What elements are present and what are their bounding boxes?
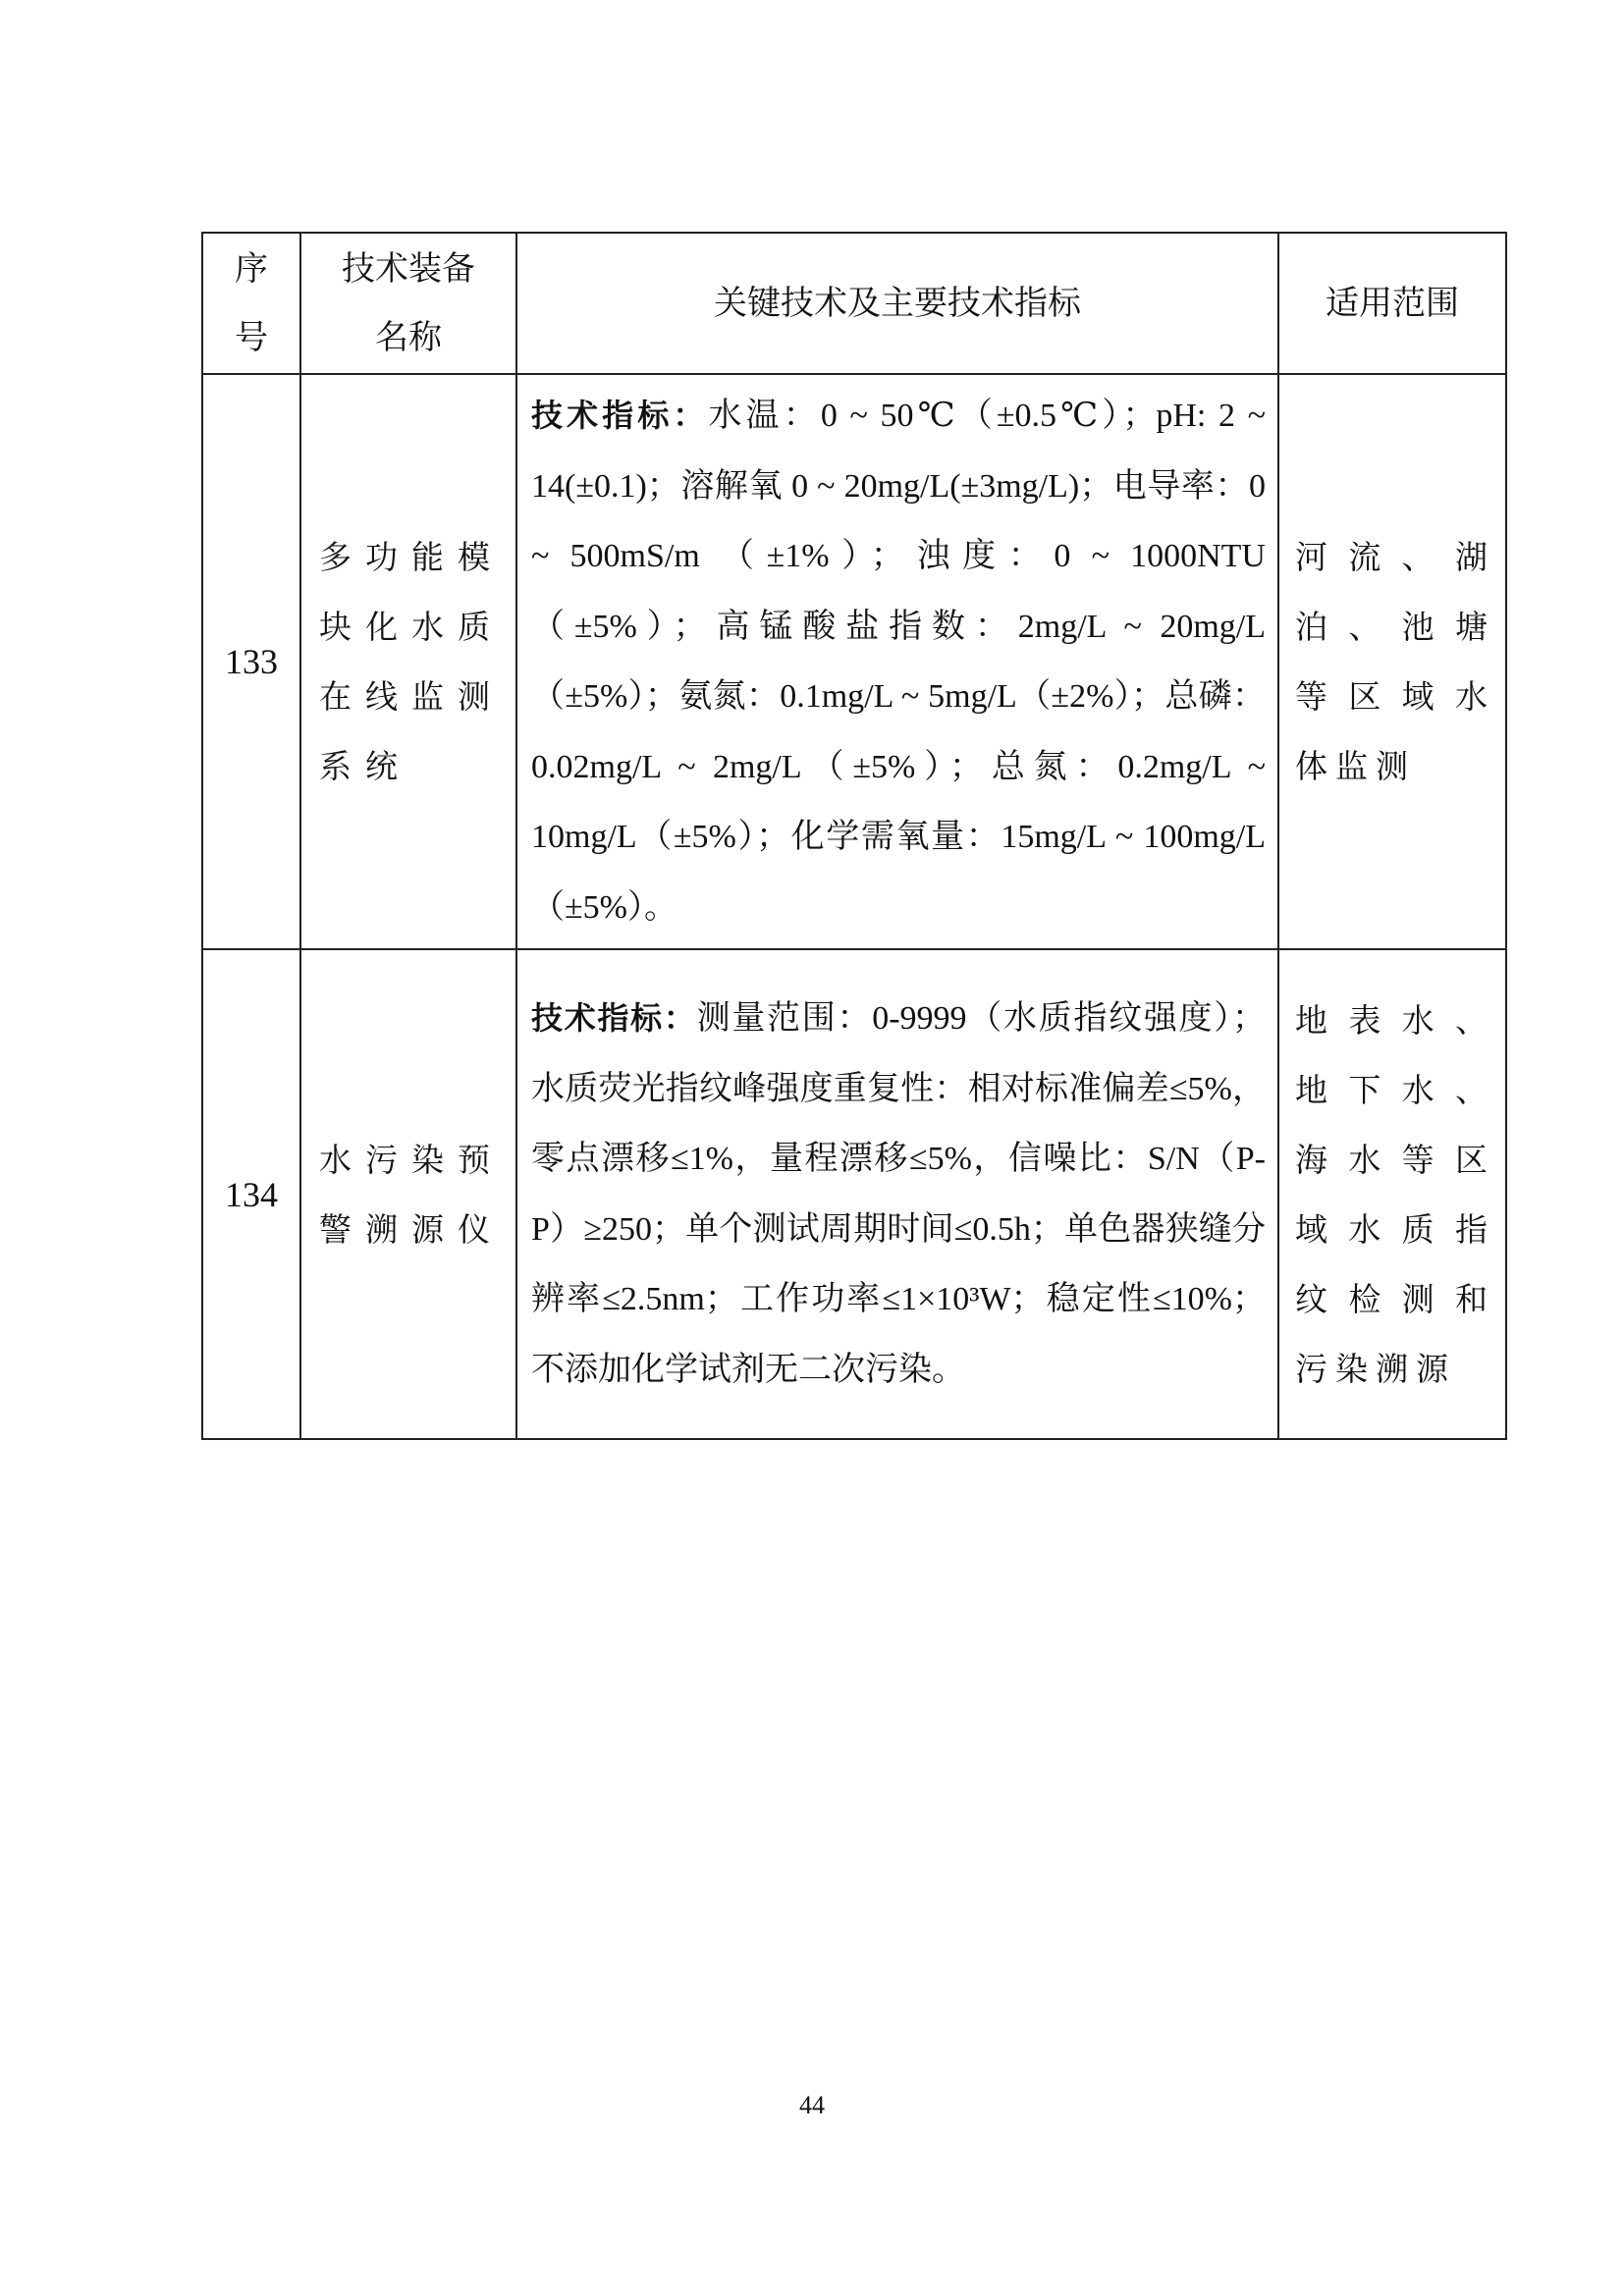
header-index: 序 号 <box>202 233 300 374</box>
spec-text: 水温：0 ~ 50℃（±0.5℃）；pH: 2 ~ 14(±0.1)；溶解氧 0… <box>531 398 1266 926</box>
equipment-spec-table: 序 号 技术装备 名称 关键技术及主要技术指标 适用范围 133 多功能模块化水… <box>201 232 1507 1440</box>
table-header-row: 序 号 技术装备 名称 关键技术及主要技术指标 适用范围 <box>202 233 1506 374</box>
header-index-line-2: 号 <box>203 303 299 372</box>
spec-label: 技术指标： <box>531 397 709 434</box>
tech-spec-cell: 技术指标：测量范围：0-9999（水质指纹强度）；水质荧光指纹峰强度重复性：相对… <box>516 949 1278 1439</box>
spec-label: 技术指标： <box>531 999 697 1037</box>
document-page: 序 号 技术装备 名称 关键技术及主要技术指标 适用范围 133 多功能模块化水… <box>0 0 1624 2296</box>
equipment-name: 多功能模块化水质在线监测系统 <box>300 374 516 949</box>
tech-spec-cell: 技术指标：水温：0 ~ 50℃（±0.5℃）；pH: 2 ~ 14(±0.1)；… <box>516 374 1278 949</box>
header-key-tech: 关键技术及主要技术指标 <box>516 233 1278 374</box>
row-index: 133 <box>202 374 300 949</box>
row-index: 134 <box>202 949 300 1439</box>
table-row: 134 水污染预警溯源仪 技术指标：测量范围：0-9999（水质指纹强度）；水质… <box>202 949 1506 1439</box>
header-scope: 适用范围 <box>1278 233 1506 374</box>
application-scope: 河流、湖泊、池塘等区域水体监测 <box>1278 374 1506 949</box>
equipment-name: 水污染预警溯源仪 <box>300 949 516 1439</box>
table-row: 133 多功能模块化水质在线监测系统 技术指标：水温：0 ~ 50℃（±0.5℃… <box>202 374 1506 949</box>
header-equipment-name: 技术装备 名称 <box>300 233 516 374</box>
application-scope: 地表水、地下水、海水等区域水质指纹检测和污染溯源 <box>1278 949 1506 1439</box>
header-equipment-line-1: 技术装备 <box>301 235 515 303</box>
header-index-line-1: 序 <box>203 235 299 303</box>
header-equipment-line-2: 名称 <box>301 303 515 372</box>
page-number: 44 <box>0 2091 1624 2120</box>
spec-text: 测量范围：0-9999（水质指纹强度）；水质荧光指纹峰强度重复性：相对标准偏差≤… <box>531 1000 1266 1388</box>
